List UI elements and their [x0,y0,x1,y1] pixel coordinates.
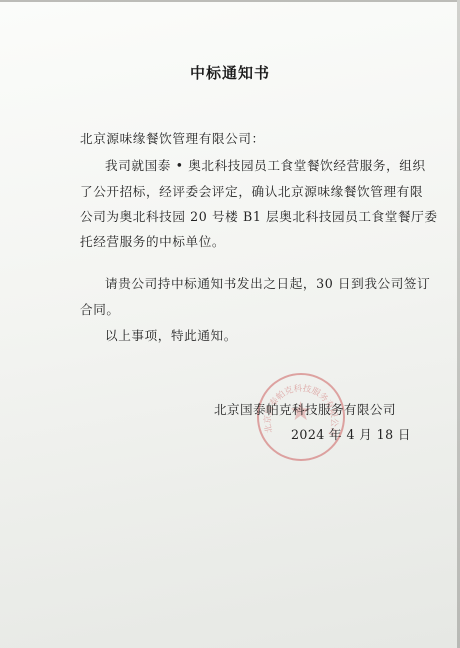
document-title: 中标通知书 [0,62,460,83]
paragraph2-line1: 请贵公司持中标通知书发出之日起，30 日到我公司签订 [105,273,430,292]
paragraph1-line4: 托经营服务的中标单位。 [80,231,225,250]
recipient-line: 北京源味缘餐饮管理有限公司： [80,128,265,147]
paragraph1-line2: 了公开招标，经评委会评定，确认北京源味缘餐饮管理有限 [80,181,423,200]
paragraph2-line2: 合同。 [80,299,120,318]
closing-line: 以上事项，特此通知。 [105,325,237,344]
document-page: 中标通知书 北京源味缘餐饮管理有限公司： 我司就国泰 • 奥北科技园员工食堂餐饮… [0,0,460,648]
signature-company: 北京国泰帕克科技服务有限公司 [214,399,396,418]
paragraph1-line3: 公司为奥北科技园 20 号楼 B1 层奥北科技园员工食堂餐厅委 [80,206,438,225]
signature-date: 2024 年 4 月 18 日 [291,424,411,443]
paragraph1-line1: 我司就国泰 • 奥北科技园员工食堂餐饮经营服务，组织 [105,155,426,174]
